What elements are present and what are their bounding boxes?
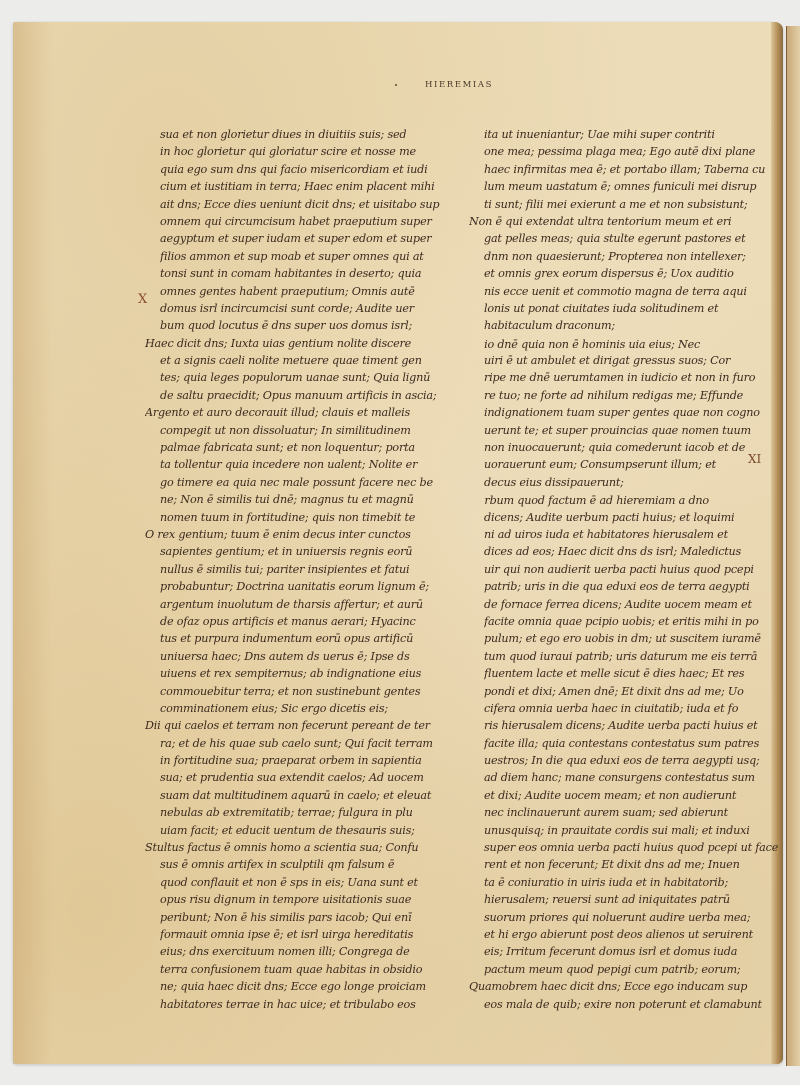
text-line: formauit omnia ipse ē; et isrl uirga her… (160, 926, 460, 943)
text-line: ne; Non ē similis tui dnē; magnus tu et … (160, 491, 460, 508)
text-line: palmae fabricata sunt; et non loquentur;… (160, 439, 460, 456)
text-line: uniuersa haec; Dns autem ds uerus ē; Ips… (160, 648, 460, 665)
text-line: ta tollentur quia incedere non ualent; N… (160, 456, 460, 473)
line-text: pactum meum quod pepigi cum patrib; eoru… (484, 963, 740, 976)
text-line: Non ē qui extendat ultra tentorium meum … (469, 213, 784, 230)
text-line: Quamobrem haec dicit dns; Ecce ego induc… (469, 978, 784, 995)
text-line: compegit ut non dissoluatur; In similitu… (160, 422, 460, 439)
line-text: ni ad uiros iuda et habitatores hierusal… (484, 528, 728, 541)
line-text: ad diem hanc; mane consurgens contestatu… (484, 771, 755, 784)
text-line: tus et purpura indumentum eorū opus arti… (160, 630, 460, 647)
line-text: fluentem lacte et melle sicut ē dies hae… (484, 667, 744, 680)
line-text: ta tollentur quia incedere non ualent; N… (160, 458, 417, 471)
text-line: ni ad uiros iuda et habitatores hierusal… (484, 526, 784, 543)
text-line: nis ecce uenit et commotio magna de terr… (484, 283, 784, 300)
line-text: facite illa; quia contestans contestatus… (484, 737, 759, 750)
line-text: dicens; Audite uerbum pacti huius; et lo… (484, 511, 734, 524)
text-line: re tuo; ne forte ad nihilum redigas me; … (484, 387, 784, 404)
text-line: ita ut inueniantur; Uae mihi super contr… (484, 126, 784, 143)
line-text: habitaculum draconum; (484, 319, 615, 332)
text-line: sapientes gentium; et in uniuersis regni… (160, 543, 460, 560)
text-line: habitaculum draconum; (484, 317, 784, 334)
running-head: HIEREMIAS (425, 80, 493, 90)
text-line: quod conflauit et non ē sps in eis; Uana… (160, 874, 460, 891)
text-line: filios ammon et sup moab et super omnes … (160, 248, 460, 265)
line-text: sua; et prudentia sua extendit caelos; A… (160, 771, 424, 784)
text-line: et dixi; Audite uocem meam; et non audie… (484, 787, 784, 804)
line-text: eius; dns exercituum nomen illi; Congreg… (160, 945, 410, 958)
text-line: one mea; pessima plaga mea; Ego autē dix… (484, 143, 784, 160)
text-line: comminationem eius; Sic ergo dicetis eis… (160, 700, 460, 717)
text-line: nomen tuum in fortitudine; quis non time… (160, 509, 460, 526)
line-text: uiam facit; et educit uentum de thesauri… (160, 824, 415, 837)
text-line: uiam facit; et educit uentum de thesauri… (160, 822, 460, 839)
line-text: de saltu praecidit; Opus manuum artifici… (160, 389, 436, 402)
text-line: dicens; Audite uerbum pacti huius; et lo… (484, 509, 784, 526)
marginal-chapter-numeral-x: X (138, 292, 147, 307)
text-line: de saltu praecidit; Opus manuum artifici… (160, 387, 460, 404)
line-text: eis; Irritum fecerunt domus isrl et domu… (484, 945, 737, 958)
text-line: ta ē coniuratio in uiris iuda et in habi… (484, 874, 784, 891)
text-line: facite illa; quia contestans contestatus… (484, 735, 784, 752)
line-text: ra; et de his quae sub caelo sunt; Qui f… (160, 737, 433, 750)
line-text: in hoc glorietur qui gloriatur scire et … (160, 145, 416, 158)
text-line: de fornace ferrea dicens; Audite uocem m… (484, 596, 784, 613)
text-line: tum quod iuraui patrib; uris daturum me … (484, 648, 784, 665)
line-text: habitatores terrae in hac uice; et tribu… (160, 998, 416, 1011)
text-line: ad diem hanc; mane consurgens contestatu… (484, 769, 784, 786)
line-text: ti sunt; filii mei exierunt a me et non … (484, 198, 747, 211)
text-line: in hoc glorietur qui gloriatur scire et … (160, 143, 460, 160)
line-text: suorum priores qui noluerunt audire uerb… (484, 911, 750, 924)
line-text: quod conflauit et non ē sps in eis; Uana… (160, 876, 418, 889)
text-line: Stultus factus ē omnis homo a scientia s… (145, 839, 460, 856)
adjacent-leaf-edge (786, 26, 800, 1066)
text-line: fluentem lacte et melle sicut ē dies hae… (484, 665, 784, 682)
text-line: tonsi sunt in comam habitantes in desert… (160, 265, 460, 282)
line-text: comminationem eius; Sic ergo dicetis eis… (160, 702, 388, 715)
right-text-column: ita ut inueniantur; Uae mihi super contr… (484, 126, 784, 1013)
text-line: suam dat multitudinem aquarū in caelo; e… (160, 787, 460, 804)
text-line: argentum inuolutum de tharsis affertur; … (160, 596, 460, 613)
line-text: cifera omnia uerba haec in ciuitatib; iu… (484, 702, 738, 715)
line-text: et a signis caeli nolite metuere quae ti… (160, 354, 422, 367)
line-text: compegit ut non dissoluatur; In similitu… (160, 424, 411, 437)
line-text: ita ut inueniantur; Uae mihi super contr… (484, 128, 715, 141)
text-line: patrib; uris in die qua eduxi eos de ter… (484, 578, 784, 595)
text-line: quia ego sum dns qui facio misericordiam… (160, 161, 460, 178)
text-line: domus isrl incircumcisi sunt corde; Audi… (160, 300, 460, 317)
line-text: omnes gentes habent praeputium; Omnis au… (160, 285, 415, 298)
text-line: super eos omnia uerba pacti huius quod p… (484, 839, 784, 856)
text-line: probabuntur; Doctrina uanitatis eorum li… (160, 578, 460, 595)
text-line: uiri ē ut ambulet et dirigat gressus suo… (484, 352, 784, 369)
text-line: non inuocauerunt; quia comederunt iacob … (484, 439, 784, 456)
text-line: pulum; et ego ero uobis in dm; ut suscit… (484, 630, 784, 647)
text-line: nec inclinauerunt aurem suam; sed abieru… (484, 804, 784, 821)
text-line: opus risu dignum in tempore uisitationis… (160, 891, 460, 908)
text-line: go timere ea quia nec male possunt facer… (160, 474, 460, 491)
line-text: de ofaz opus artificis et manus aerari; … (160, 615, 416, 628)
text-line: de ofaz opus artificis et manus aerari; … (160, 613, 460, 630)
text-line: uerunt te; et super prouincias quae nome… (484, 422, 784, 439)
line-text: sapientes gentium; et in uniuersis regni… (160, 545, 412, 558)
line-text: ait dns; Ecce dies ueniunt dicit dns; et… (160, 198, 439, 211)
text-line: uiuens et rex sempiternus; ab indignatio… (160, 665, 460, 682)
line-text: Stultus factus ē omnis homo a scientia s… (145, 841, 418, 854)
line-text: bum quod locutus ē dns super uos domus i… (160, 319, 412, 332)
line-text: de fornace ferrea dicens; Audite uocem m… (484, 598, 752, 611)
line-text: Haec dicit dns; Iuxta uias gentium nolit… (145, 337, 411, 350)
text-line: O rex gentium; tuum ē enim decus inter c… (145, 526, 460, 543)
text-line: uir qui non audierit uerba pacti huius q… (484, 561, 784, 578)
text-line: et hi ergo abierunt post deos alienos ut… (484, 926, 784, 943)
text-line: cium et iustitiam in terra; Haec enim pl… (160, 178, 460, 195)
line-text: eos mala de quib; exire non poterunt et … (484, 998, 762, 1011)
line-text: et hi ergo abierunt post deos alienos ut… (484, 928, 753, 941)
line-text: sus ē omnis artifex in sculptili qm fals… (160, 858, 394, 871)
line-text: dnm non quaesierunt; Propterea non intel… (484, 250, 746, 263)
line-text: tum quod iuraui patrib; uris daturum me … (484, 650, 757, 663)
line-text: uorauerunt eum; Consumpserunt illum; et (484, 458, 716, 471)
line-text: argentum inuolutum de tharsis affertur; … (160, 598, 423, 611)
line-text: super eos omnia uerba pacti huius quod p… (484, 841, 778, 854)
line-text: uniuersa haec; Dns autem ds uerus ē; Ips… (160, 650, 410, 663)
line-text: domus isrl incircumcisi sunt corde; Audi… (160, 302, 414, 315)
text-line: hierusalem; reuersi sunt ad iniquitates … (484, 891, 784, 908)
text-line: eius; dns exercituum nomen illi; Congreg… (160, 943, 460, 960)
text-line: rent et non fecerunt; Et dixit dns ad me… (484, 856, 784, 873)
text-line: Dii qui caelos et terram non fecerunt pe… (145, 717, 460, 734)
text-line: eis; Irritum fecerunt domus isrl et domu… (484, 943, 784, 960)
line-text: et dixi; Audite uocem meam; et non audie… (484, 789, 736, 802)
text-line: ripe me dnē uerumtamen in iudicio et non… (484, 369, 784, 386)
text-line: dnm non quaesierunt; Propterea non intel… (484, 248, 784, 265)
text-line: omnem qui circumcisum habet praeputium s… (160, 213, 460, 230)
text-line: pondi et dixi; Amen dnē; Et dixit dns ad… (484, 683, 784, 700)
text-line: ait dns; Ecce dies ueniunt dicit dns; et… (160, 196, 460, 213)
text-line: peribunt; Non ē his similis pars iacob; … (160, 909, 460, 926)
text-line: dices ad eos; Haec dicit dns ds isrl; Ma… (484, 543, 784, 560)
text-line: Haec dicit dns; Iuxta uias gentium nolit… (145, 335, 460, 352)
line-text: in fortitudine sua; praeparat orbem in s… (160, 754, 422, 767)
text-line: lum meum uastatum ē; omnes funiculi mei … (484, 178, 784, 195)
line-text: et omnis grex eorum dispersus ē; Uox aud… (484, 267, 734, 280)
line-text: uerunt te; et super prouincias quae nome… (484, 424, 751, 437)
text-line: decus eius dissipauerunt; (484, 474, 784, 491)
line-text: pondi et dixi; Amen dnē; Et dixit dns ad… (484, 685, 744, 698)
line-text: tonsi sunt in comam habitantes in desert… (160, 267, 421, 280)
line-text: lonis ut ponat ciuitates iuda solitudine… (484, 302, 718, 315)
text-line: lonis ut ponat ciuitates iuda solitudine… (484, 300, 784, 317)
text-line: eos mala de quib; exire non poterunt et … (484, 996, 784, 1013)
line-text: terra confusionem tuam quae habitas in o… (160, 963, 422, 976)
text-line: bum quod locutus ē dns super uos domus i… (160, 317, 460, 334)
line-text: nomen tuum in fortitudine; quis non time… (160, 511, 415, 524)
line-text: ta ē coniuratio in uiris iuda et in habi… (484, 876, 728, 889)
line-text: uiuens et rex sempiternus; ab indignatio… (160, 667, 421, 680)
text-line: tes; quia leges populorum uanae sunt; Qu… (160, 369, 460, 386)
line-text: hierusalem; reuersi sunt ad iniquitates … (484, 893, 730, 906)
line-text: peribunt; Non ē his similis pars iacob; … (160, 911, 411, 924)
line-text: nullus ē similis tui; pariter insipiente… (160, 563, 409, 576)
text-line: uestros; In die qua eduxi eos de terra a… (484, 752, 784, 769)
line-text: O rex gentium; tuum ē enim decus inter c… (145, 528, 411, 541)
text-line: facite omnia quae pcipio uobis; et eriti… (484, 613, 784, 630)
text-line: ti sunt; filii mei exierunt a me et non … (484, 196, 784, 213)
text-line: sua; et prudentia sua extendit caelos; A… (160, 769, 460, 786)
line-text: ripe me dnē uerumtamen in iudicio et non… (484, 371, 755, 384)
line-text: indignationem tuam super gentes quae non… (484, 406, 760, 419)
text-line: pactum meum quod pepigi cum patrib; eoru… (484, 961, 784, 978)
line-text: unusquisq; in prauitate cordis sui mali;… (484, 824, 750, 837)
text-line: et omnis grex eorum dispersus ē; Uox aud… (484, 265, 784, 282)
line-text: nec inclinauerunt aurem suam; sed abieru… (484, 806, 728, 819)
line-text: formauit omnia ipse ē; et isrl uirga her… (160, 928, 413, 941)
text-line: unusquisq; in prauitate cordis sui mali;… (484, 822, 784, 839)
line-text: nebulas ab extremitatib; terrae; fulgura… (160, 806, 413, 819)
line-text: re tuo; ne forte ad nihilum redigas me; … (484, 389, 743, 402)
line-text: uir qui non audierit uerba pacti huius q… (484, 563, 754, 576)
line-text: ne; quia haec dicit dns; Ecce ego longe … (160, 980, 426, 993)
text-line: indignationem tuam super gentes quae non… (484, 404, 784, 421)
line-text: Non ē qui extendat ultra tentorium meum … (469, 215, 731, 228)
line-text: aegyptum et super iudam et super edom et… (160, 232, 431, 245)
text-line: in fortitudine sua; praeparat orbem in s… (160, 752, 460, 769)
text-line: commouebitur terra; et non sustinebunt g… (160, 683, 460, 700)
line-text: rent et non fecerunt; Et dixit dns ad me… (484, 858, 740, 871)
text-line: gat pelles meas; quia stulte egerunt pas… (484, 230, 784, 247)
text-line: Argento et auro decorauit illud; clauis … (145, 404, 460, 421)
line-text: one mea; pessima plaga mea; Ego autē dix… (484, 145, 755, 158)
line-text: Quamobrem haec dicit dns; Ecce ego induc… (469, 980, 747, 993)
line-text: dices ad eos; Haec dicit dns ds isrl; Ma… (484, 545, 741, 558)
text-line: suorum priores qui noluerunt audire uerb… (484, 909, 784, 926)
left-text-column: sua et non glorietur diues in diuitiis s… (160, 126, 460, 1013)
text-line: ra; et de his quae sub caelo sunt; Qui f… (160, 735, 460, 752)
line-text: uiri ē ut ambulet et dirigat gressus suo… (484, 354, 730, 367)
line-text: tus et purpura indumentum eorū opus arti… (160, 632, 413, 645)
text-line: ne; quia haec dicit dns; Ecce ego longe … (160, 978, 460, 995)
text-line: aegyptum et super iudam et super edom et… (160, 230, 460, 247)
text-line: ris hierusalem dicens; Audite uerba pact… (484, 717, 784, 734)
line-text: patrib; uris in die qua eduxi eos de ter… (484, 580, 750, 593)
text-line: Scio dnē quia non ē hominis uia eius; Ne… (484, 335, 784, 352)
line-text: filios ammon et sup moab et super omnes … (160, 250, 424, 263)
line-text: erbum quod factum ē ad hieremiam a dno (484, 494, 709, 507)
line-text: go timere ea quia nec male possunt facer… (160, 476, 433, 489)
text-line: sus ē omnis artifex in sculptili qm fals… (160, 856, 460, 873)
line-text: gat pelles meas; quia stulte egerunt pas… (484, 232, 745, 245)
text-line: haec infirmitas mea ē; et portabo illam;… (484, 161, 784, 178)
text-line: nebulas ab extremitatib; terrae; fulgura… (160, 804, 460, 821)
line-text: lum meum uastatum ē; omnes funiculi mei … (484, 180, 756, 193)
line-text: omnem qui circumcisum habet praeputium s… (160, 215, 432, 228)
line-text: ris hierusalem dicens; Audite uerba pact… (484, 719, 757, 732)
line-text: sua et non glorietur diues in diuitiis s… (160, 128, 406, 141)
line-text: non inuocauerunt; quia comederunt iacob … (484, 441, 745, 454)
line-text: opus risu dignum in tempore uisitationis… (160, 893, 411, 906)
text-line: et a signis caeli nolite metuere quae ti… (160, 352, 460, 369)
line-text: palmae fabricata sunt; et non loquentur;… (160, 441, 415, 454)
folio-mark-dot (395, 84, 397, 86)
text-line: omnes gentes habent praeputium; Omnis au… (160, 283, 460, 300)
line-text: suam dat multitudinem aquarū in caelo; e… (160, 789, 431, 802)
line-text: nis ecce uenit et commotio magna de terr… (484, 285, 747, 298)
line-text: uestros; In die qua eduxi eos de terra a… (484, 754, 760, 767)
line-text: commouebitur terra; et non sustinebunt g… (160, 685, 420, 698)
line-text: Dii qui caelos et terram non fecerunt pe… (145, 719, 430, 732)
line-text: ne; Non ē similis tui dnē; magnus tu et … (160, 493, 414, 506)
text-line: terra confusionem tuam quae habitas in o… (160, 961, 460, 978)
text-line: uorauerunt eum; Consumpserunt illum; et (484, 456, 784, 473)
line-text: quia ego sum dns qui facio misericordiam… (160, 163, 427, 176)
text-line: cifera omnia uerba haec in ciuitatib; iu… (484, 700, 784, 717)
line-text: cio dnē quia non ē hominis uia eius; Nec (484, 338, 700, 351)
text-line: sua et non glorietur diues in diuitiis s… (160, 126, 460, 143)
line-text: tes; quia leges populorum uanae sunt; Qu… (160, 371, 430, 384)
line-text: decus eius dissipauerunt; (484, 476, 624, 489)
line-text: haec infirmitas mea ē; et portabo illam;… (484, 163, 765, 176)
line-text: cium et iustitiam in terra; Haec enim pl… (160, 180, 435, 193)
text-line: habitatores terrae in hac uice; et tribu… (160, 996, 460, 1013)
line-text: facite omnia quae pcipio uobis; et eriti… (484, 615, 759, 628)
text-line: Verbum quod factum ē ad hieremiam a dno (484, 491, 784, 508)
line-text: pulum; et ego ero uobis in dm; ut suscit… (484, 632, 761, 645)
text-line: nullus ē similis tui; pariter insipiente… (160, 561, 460, 578)
line-text: Argento et auro decorauit illud; clauis … (145, 406, 410, 419)
line-text: probabuntur; Doctrina uanitatis eorum li… (160, 580, 429, 593)
